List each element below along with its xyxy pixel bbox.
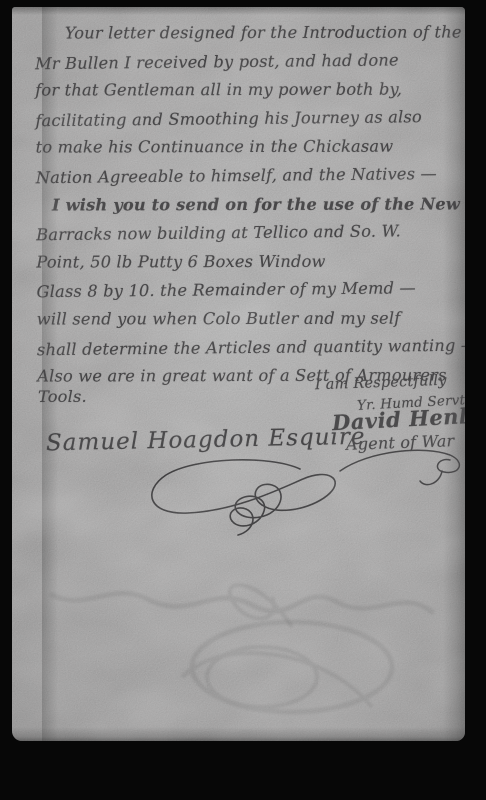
- letter-line: Nation Agreeable to himself, and the Nat…: [36, 160, 456, 193]
- signature-flourish: [140, 455, 350, 543]
- letter-line: I wish you to send on for the use of the…: [36, 190, 456, 220]
- letter-line: shall determine the Articles and quantit…: [37, 331, 457, 364]
- letter-line: Barracks now building at Tellico and So.…: [36, 217, 456, 250]
- page-bottom-shadow: [12, 727, 465, 741]
- letter-line: Point, 50 lb Putty 6 Boxes Window: [36, 247, 456, 277]
- addressee-name: Samuel Hoagdon Esquire: [46, 424, 366, 457]
- letter-line: will send you when Colo Butler and my se…: [37, 304, 457, 334]
- ink-bleedthrough-flourish: [152, 607, 412, 727]
- page-top-shadow: [12, 7, 465, 15]
- letter-line: Glass 8 by 10. the Remainder of my Memd …: [36, 274, 456, 307]
- letter-body: Your letter designed for the Introductio…: [35, 18, 458, 393]
- letter-line: for that Gentleman all in my power both …: [35, 76, 455, 106]
- letter-line: to make his Continuance in the Chickasaw: [36, 133, 456, 163]
- letter-line: facilitating and Smoothing his Journey a…: [35, 103, 455, 136]
- ink-bleedthrough-script: [42, 567, 442, 637]
- microfilm-scan-frame: Your letter designed for the Introductio…: [0, 0, 486, 800]
- letter-line: Mr Bullen I received by post, and had do…: [35, 45, 455, 78]
- letter-line: Your letter designed for the Introductio…: [35, 18, 455, 48]
- letter-line-tools: Tools.: [38, 387, 87, 406]
- closing-respectfully: I am Respectfully: [315, 373, 447, 394]
- manuscript-page: Your letter designed for the Introductio…: [12, 7, 465, 741]
